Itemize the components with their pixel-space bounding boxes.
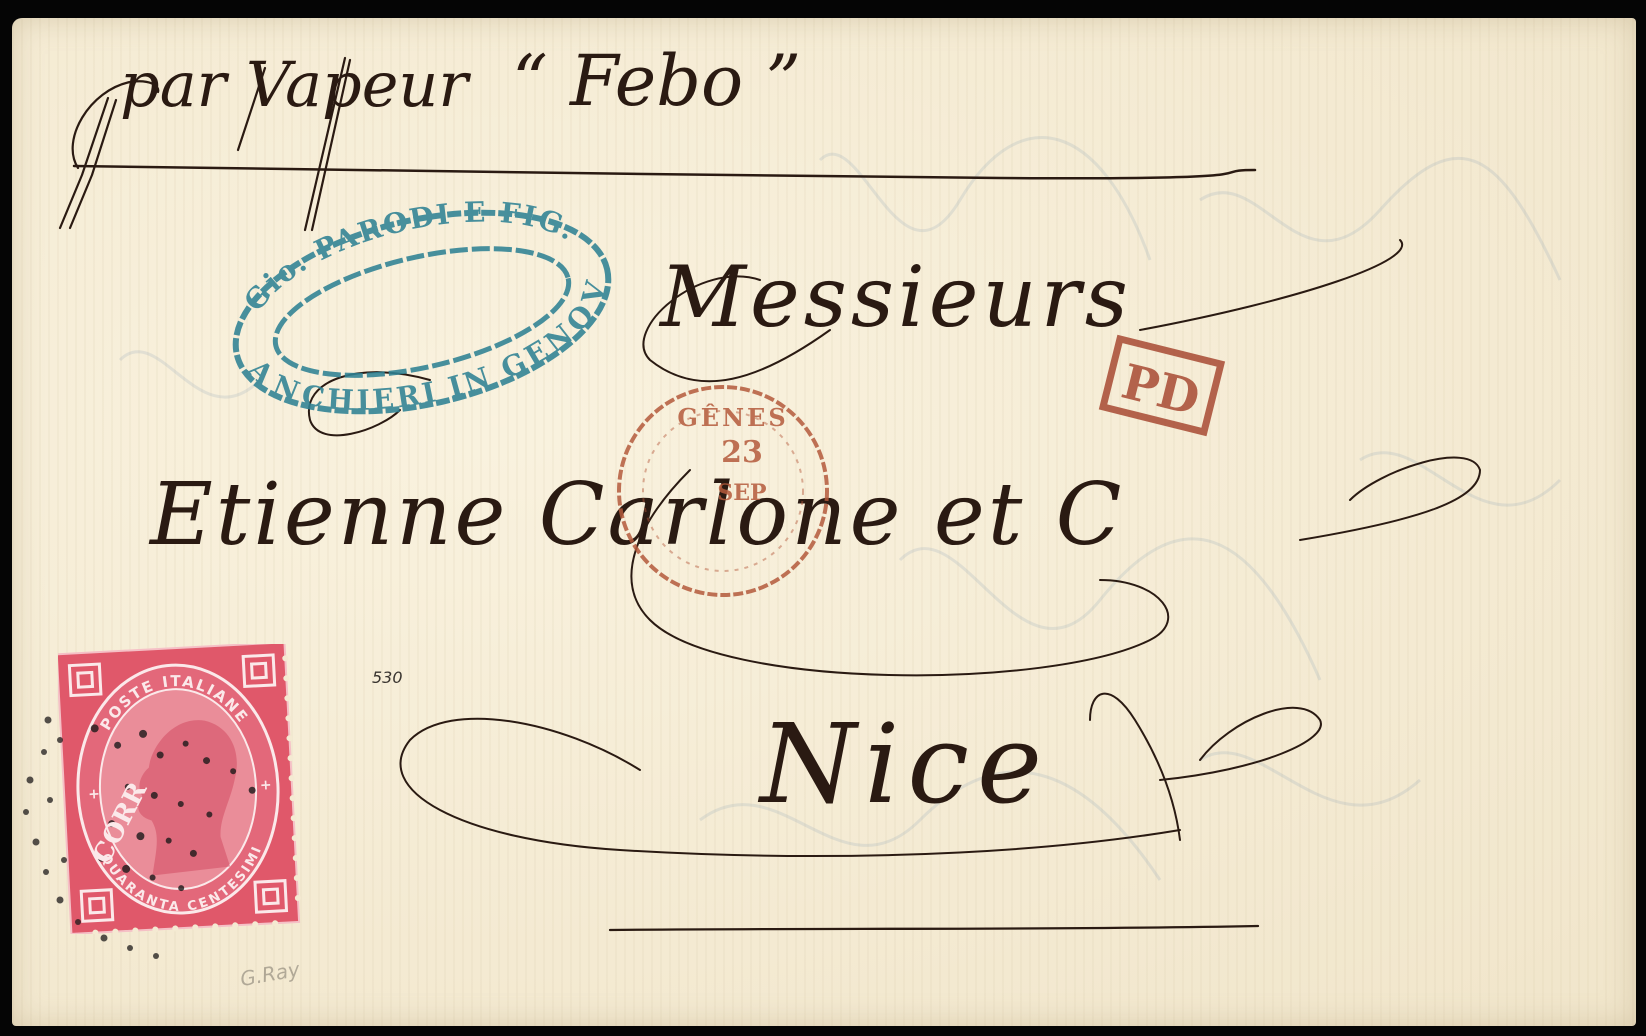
cancel-dots xyxy=(0,0,1646,1036)
